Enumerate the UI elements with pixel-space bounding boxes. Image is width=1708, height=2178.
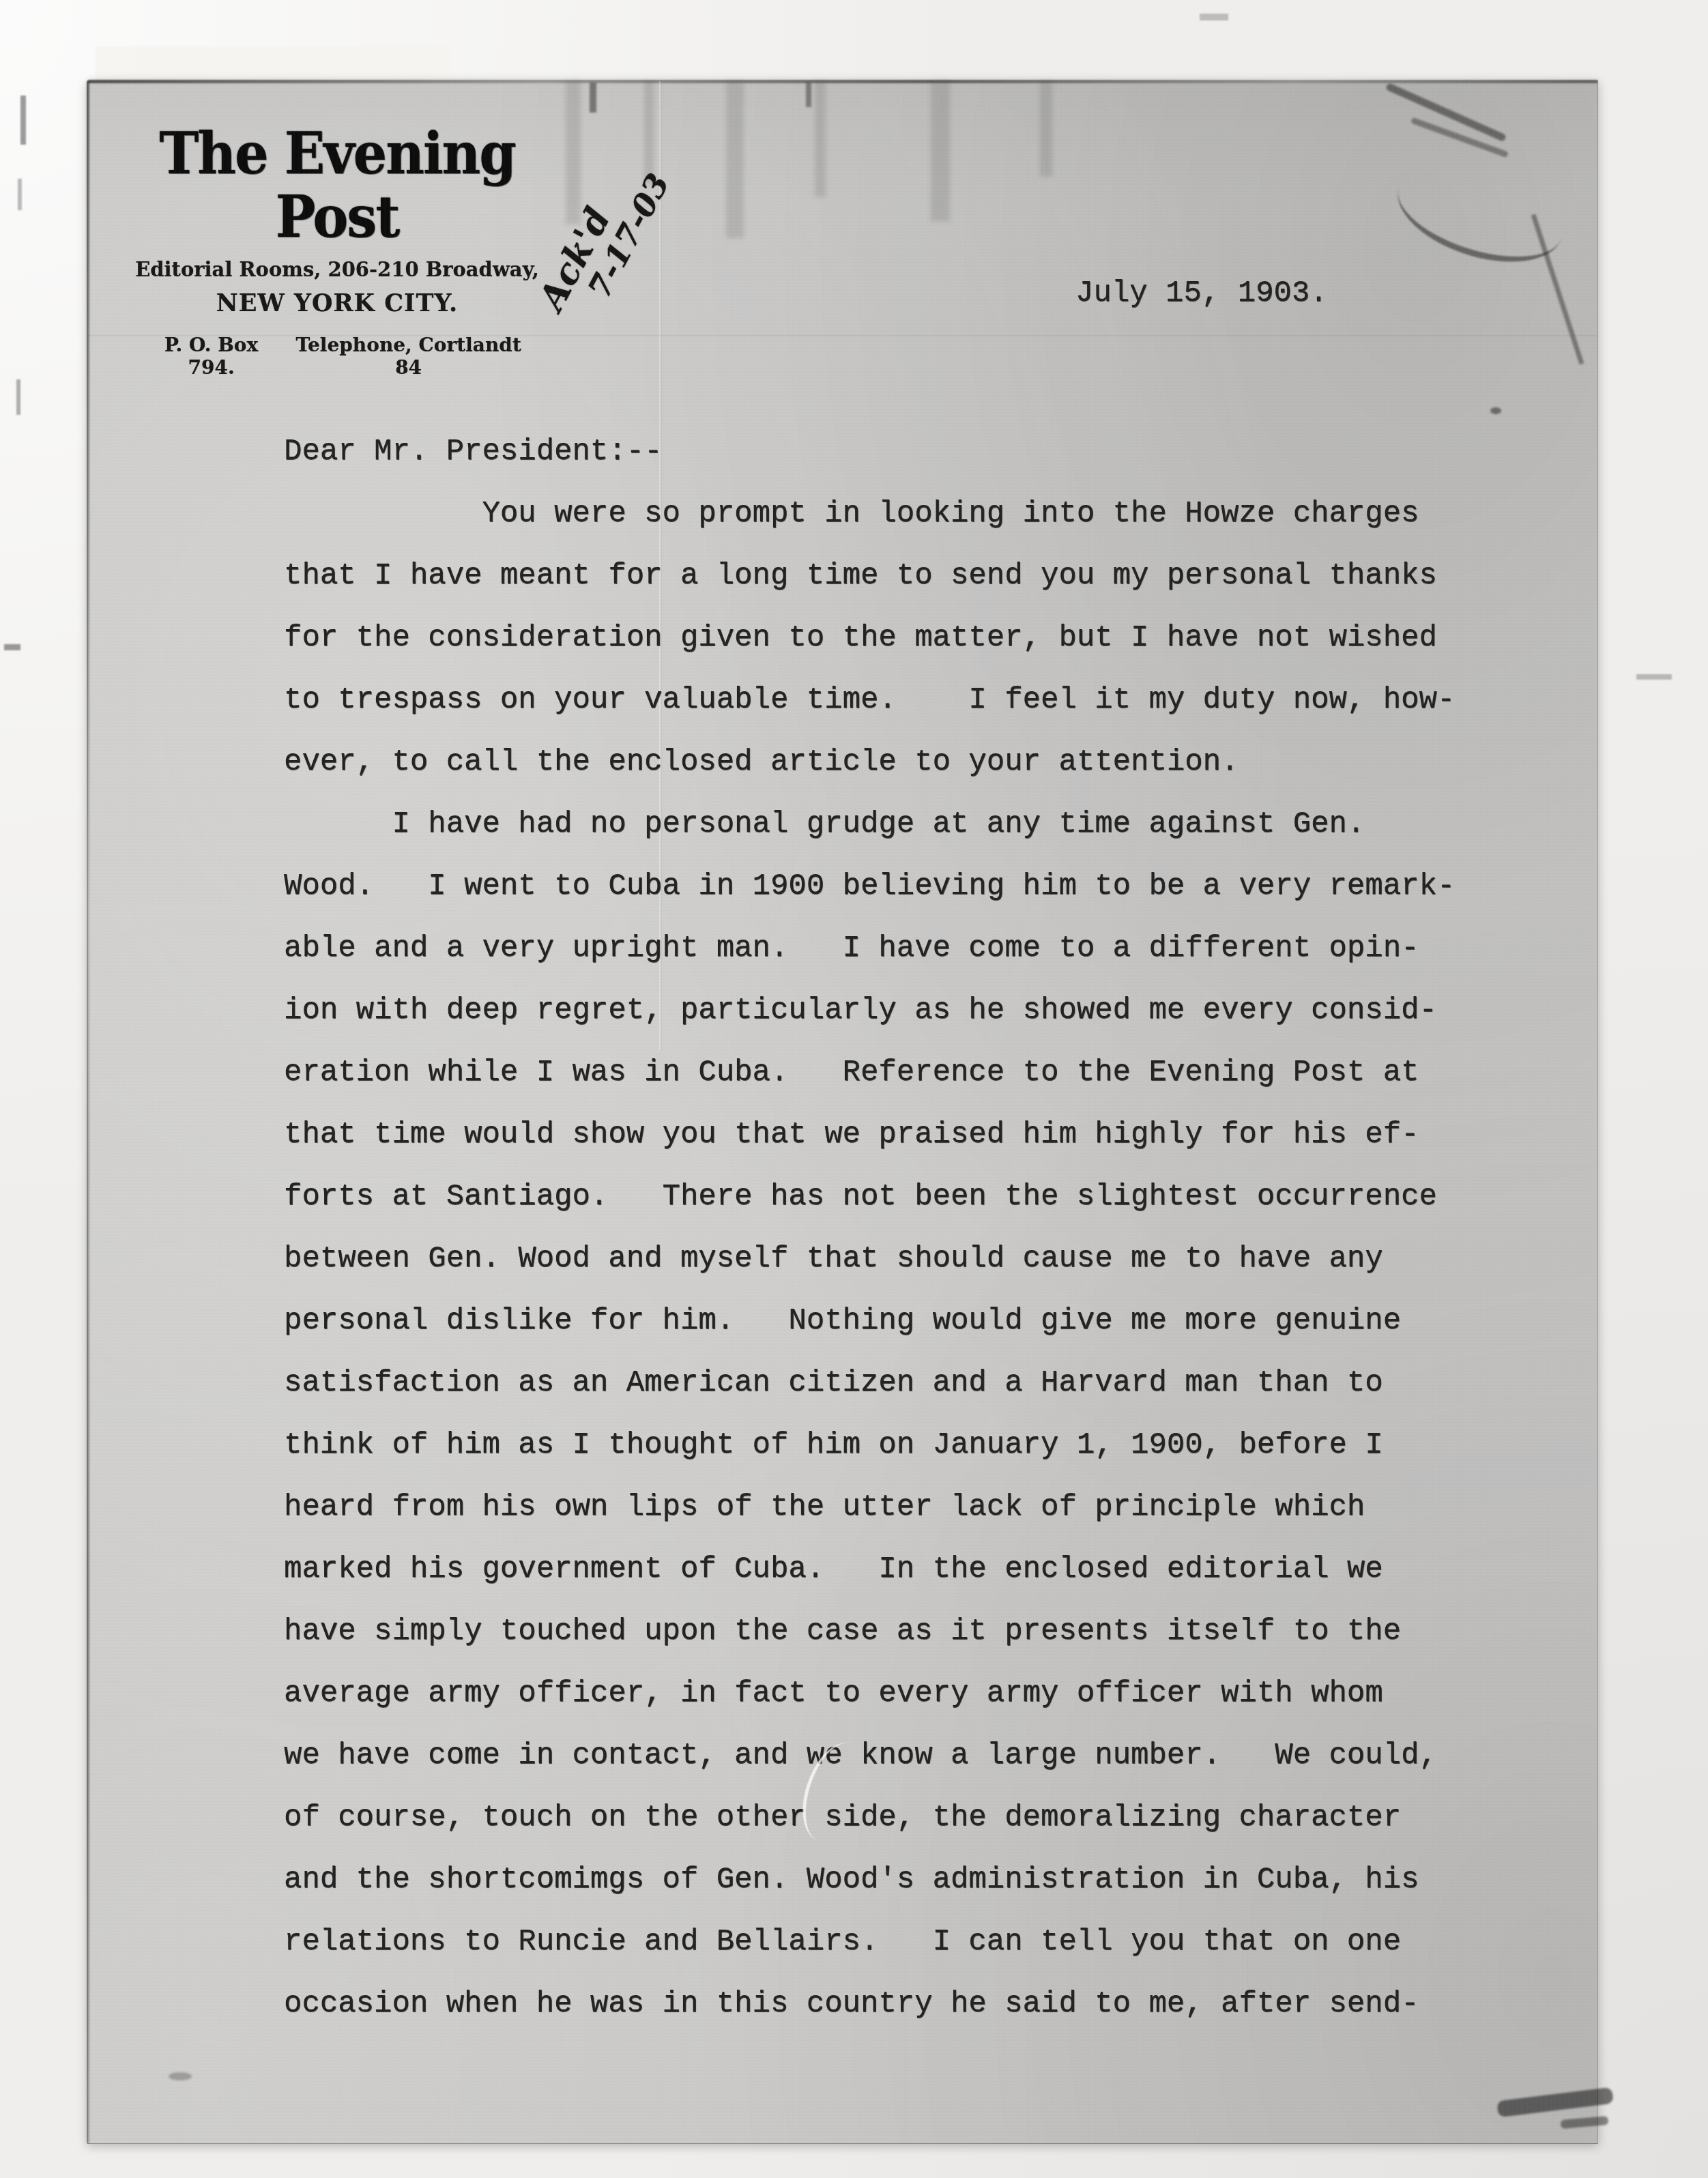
letter-body-line: that time would show you that we praised… (284, 1104, 1455, 1166)
masthead-title: The Evening Post (122, 122, 552, 248)
ink-smudge (169, 2072, 192, 2080)
border-mark (1636, 674, 1672, 680)
letter-body-line: eration while I was in Cuba. Reference t… (284, 1042, 1455, 1104)
letter-body-line: personal dislike for him. Nothing would … (284, 1290, 1455, 1352)
ink-smudge (1490, 407, 1501, 414)
letterhead-address: Editorial Rooms, 206-210 Broadway, (122, 258, 552, 281)
letter-body-line: for the consideration given to the matte… (284, 607, 1455, 669)
letter-body-line: between Gen. Wood and myself that should… (284, 1228, 1455, 1290)
border-mark (4, 644, 20, 650)
letter-body-line: Wood. I went to Cuba in 1900 believing h… (284, 856, 1455, 918)
underlying-sheet-edge (96, 46, 450, 85)
letter-body-line: satisfaction as an American citizen and … (284, 1352, 1455, 1414)
letter-body: You were so prompt in looking into the H… (284, 483, 1455, 2035)
letter-body-line: to trespass on your valuable time. I fee… (284, 669, 1455, 731)
letterhead-contacts: P. O. Box 794. Telephone, Cortlandt 84 (122, 334, 552, 379)
letter-body-line: think of him as I thought of him on Janu… (284, 1414, 1455, 1477)
letter-body-line: I have had no personal grudge at any tim… (284, 794, 1455, 856)
letter-body-line: heard from his own lips of the utter lac… (284, 1477, 1455, 1539)
ink-smudge (1561, 2116, 1609, 2129)
letter-body-line: ion with deep regret, particularly as he… (284, 980, 1455, 1042)
letterhead-telephone: Telephone, Cortlandt 84 (283, 334, 534, 379)
scanned-letter-page: The Evening Post Editorial Rooms, 206-21… (0, 0, 1708, 2178)
ink-smudge (590, 83, 596, 113)
scan-streak (566, 81, 581, 224)
letter-body-line: You were so prompt in looking into the H… (284, 483, 1455, 545)
letter-body-line: average army officer, in fact to every a… (284, 1663, 1455, 1725)
handwritten-annotation: Ack'd 7-17-03 (532, 93, 750, 356)
letter-body-line: and the shortcomimgs of Gen. Wood's admi… (284, 1849, 1455, 1911)
border-mark (18, 179, 22, 210)
date-line: July 15, 1903. (1075, 263, 1328, 325)
letter-body-line: occasion when he was in this country he … (284, 1973, 1455, 2035)
letterhead: The Evening Post Editorial Rooms, 206-21… (122, 127, 552, 379)
letter-body-line: marked his government of Cuba. In the en… (284, 1539, 1455, 1601)
letter-body-line: relations to Runcie and Bellairs. I can … (284, 1911, 1455, 1973)
letter-body-line: ever, to call the enclosed article to yo… (284, 731, 1455, 794)
letter-body-line: able and a very upright man. I have come… (284, 918, 1455, 980)
salutation: Dear Mr. President:-- (284, 421, 663, 483)
scan-streak (815, 81, 826, 197)
letter-body-line: of course, touch on the other side, the … (284, 1787, 1455, 1849)
letter-body-line: forts at Santiago. There has not been th… (284, 1166, 1455, 1228)
ink-smudge (806, 83, 811, 107)
scan-streak (1040, 81, 1052, 177)
letterhead-city: NEW YORK CITY. (122, 289, 552, 317)
border-mark (20, 96, 26, 145)
letter-body-line: that I have meant for a long time to sen… (284, 545, 1455, 607)
letter-body-line: have simply touched upon the case as it … (284, 1601, 1455, 1663)
ink-smudge (1496, 2087, 1614, 2118)
scan-streak (931, 81, 950, 221)
letterhead-po-box: P. O. Box 794. (140, 334, 283, 379)
border-mark (16, 379, 20, 415)
letter-paper: The Evening Post Editorial Rooms, 206-21… (87, 81, 1598, 2144)
border-mark (1200, 14, 1228, 20)
